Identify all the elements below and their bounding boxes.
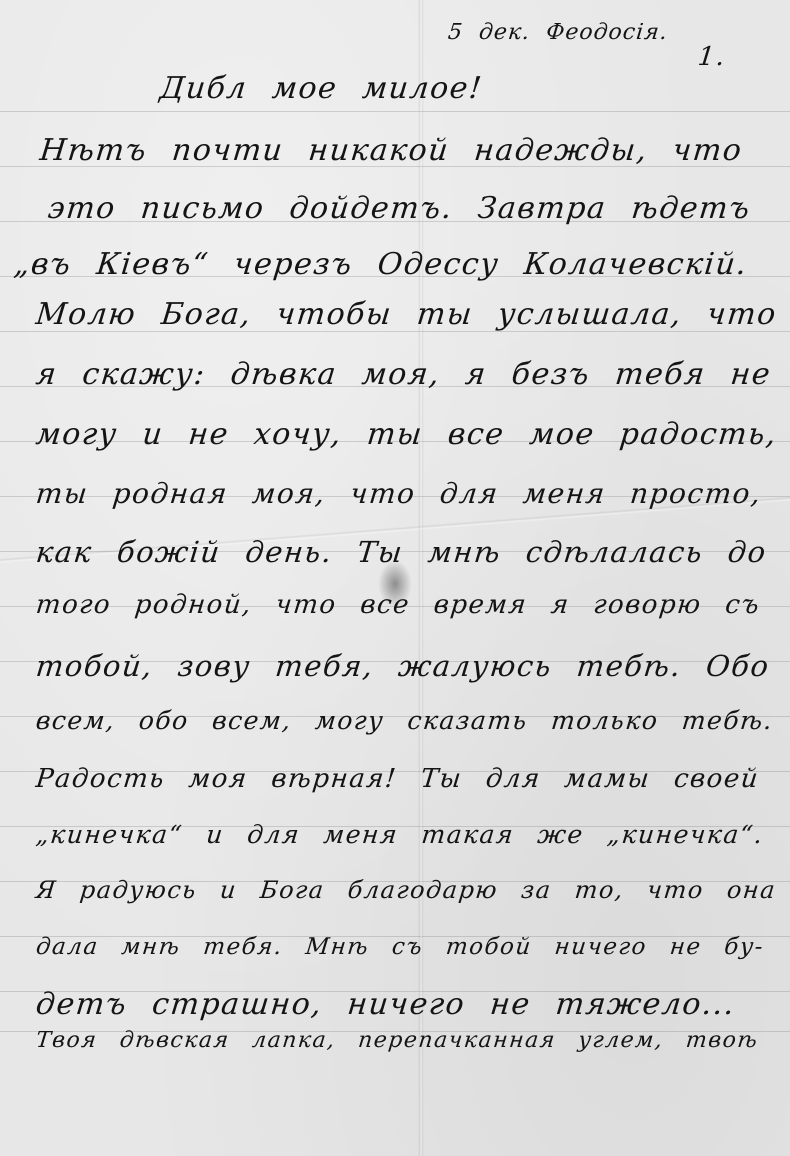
letter-line: это письмо дойдетъ. Завтра ѣдетъ: [46, 194, 752, 224]
letter-line: того родной, что все время я говорю съ: [35, 592, 762, 618]
letter-line: „кинечка“ и для меня такая же „кинечка“.: [35, 822, 765, 847]
letter-date: 5 дек. Феодосія.: [447, 22, 669, 44]
ruled-line: [0, 111, 790, 112]
letter-line: детъ страшно, ничего не тяжело...: [34, 990, 736, 1020]
salutation: Дибл мое милое!: [158, 74, 484, 104]
letter-line: Нѣтъ почти никакой надежды, что: [38, 136, 744, 166]
page-number: 1.: [697, 44, 728, 70]
letter-line: всем, обо всем, могу сказать только тебѣ…: [35, 708, 775, 733]
letter-line: ты родная моя, что для меня просто,: [35, 480, 763, 508]
letter-line: могу и не хочу, ты все мое радость,: [34, 420, 778, 450]
letter-line: как божій день. Ты мнѣ сдѣлалась до: [34, 538, 768, 567]
letter-line: тобой, зову тебя, жалуюсь тебѣ. Обо: [34, 652, 771, 681]
letter-line: Я радуюсь и Бога благодарю за то, что он…: [35, 878, 778, 902]
letter-line: Молю Бога, чтобы ты услышала, что: [34, 300, 778, 330]
letter-line: Радость моя вѣрная! Ты для мамы своей: [35, 766, 761, 792]
letter-line: я скажу: дѣвка моя, я безъ тебя не: [34, 360, 772, 390]
letter-page: 5 дек. Феодосія. 1. Дибл мое милое! Нѣтъ…: [0, 0, 790, 1156]
letter-line: дала мнѣ тебя. Мнѣ съ тобой ничего не бу…: [35, 936, 765, 959]
letter-line: Твоя дѣвская лапка, перепачканная углем,…: [35, 1030, 760, 1052]
paper-fold-vertical: [418, 0, 424, 1156]
letter-line: „въ Кіевъ“ черезъ Одессу Колачевскій.: [12, 250, 749, 280]
